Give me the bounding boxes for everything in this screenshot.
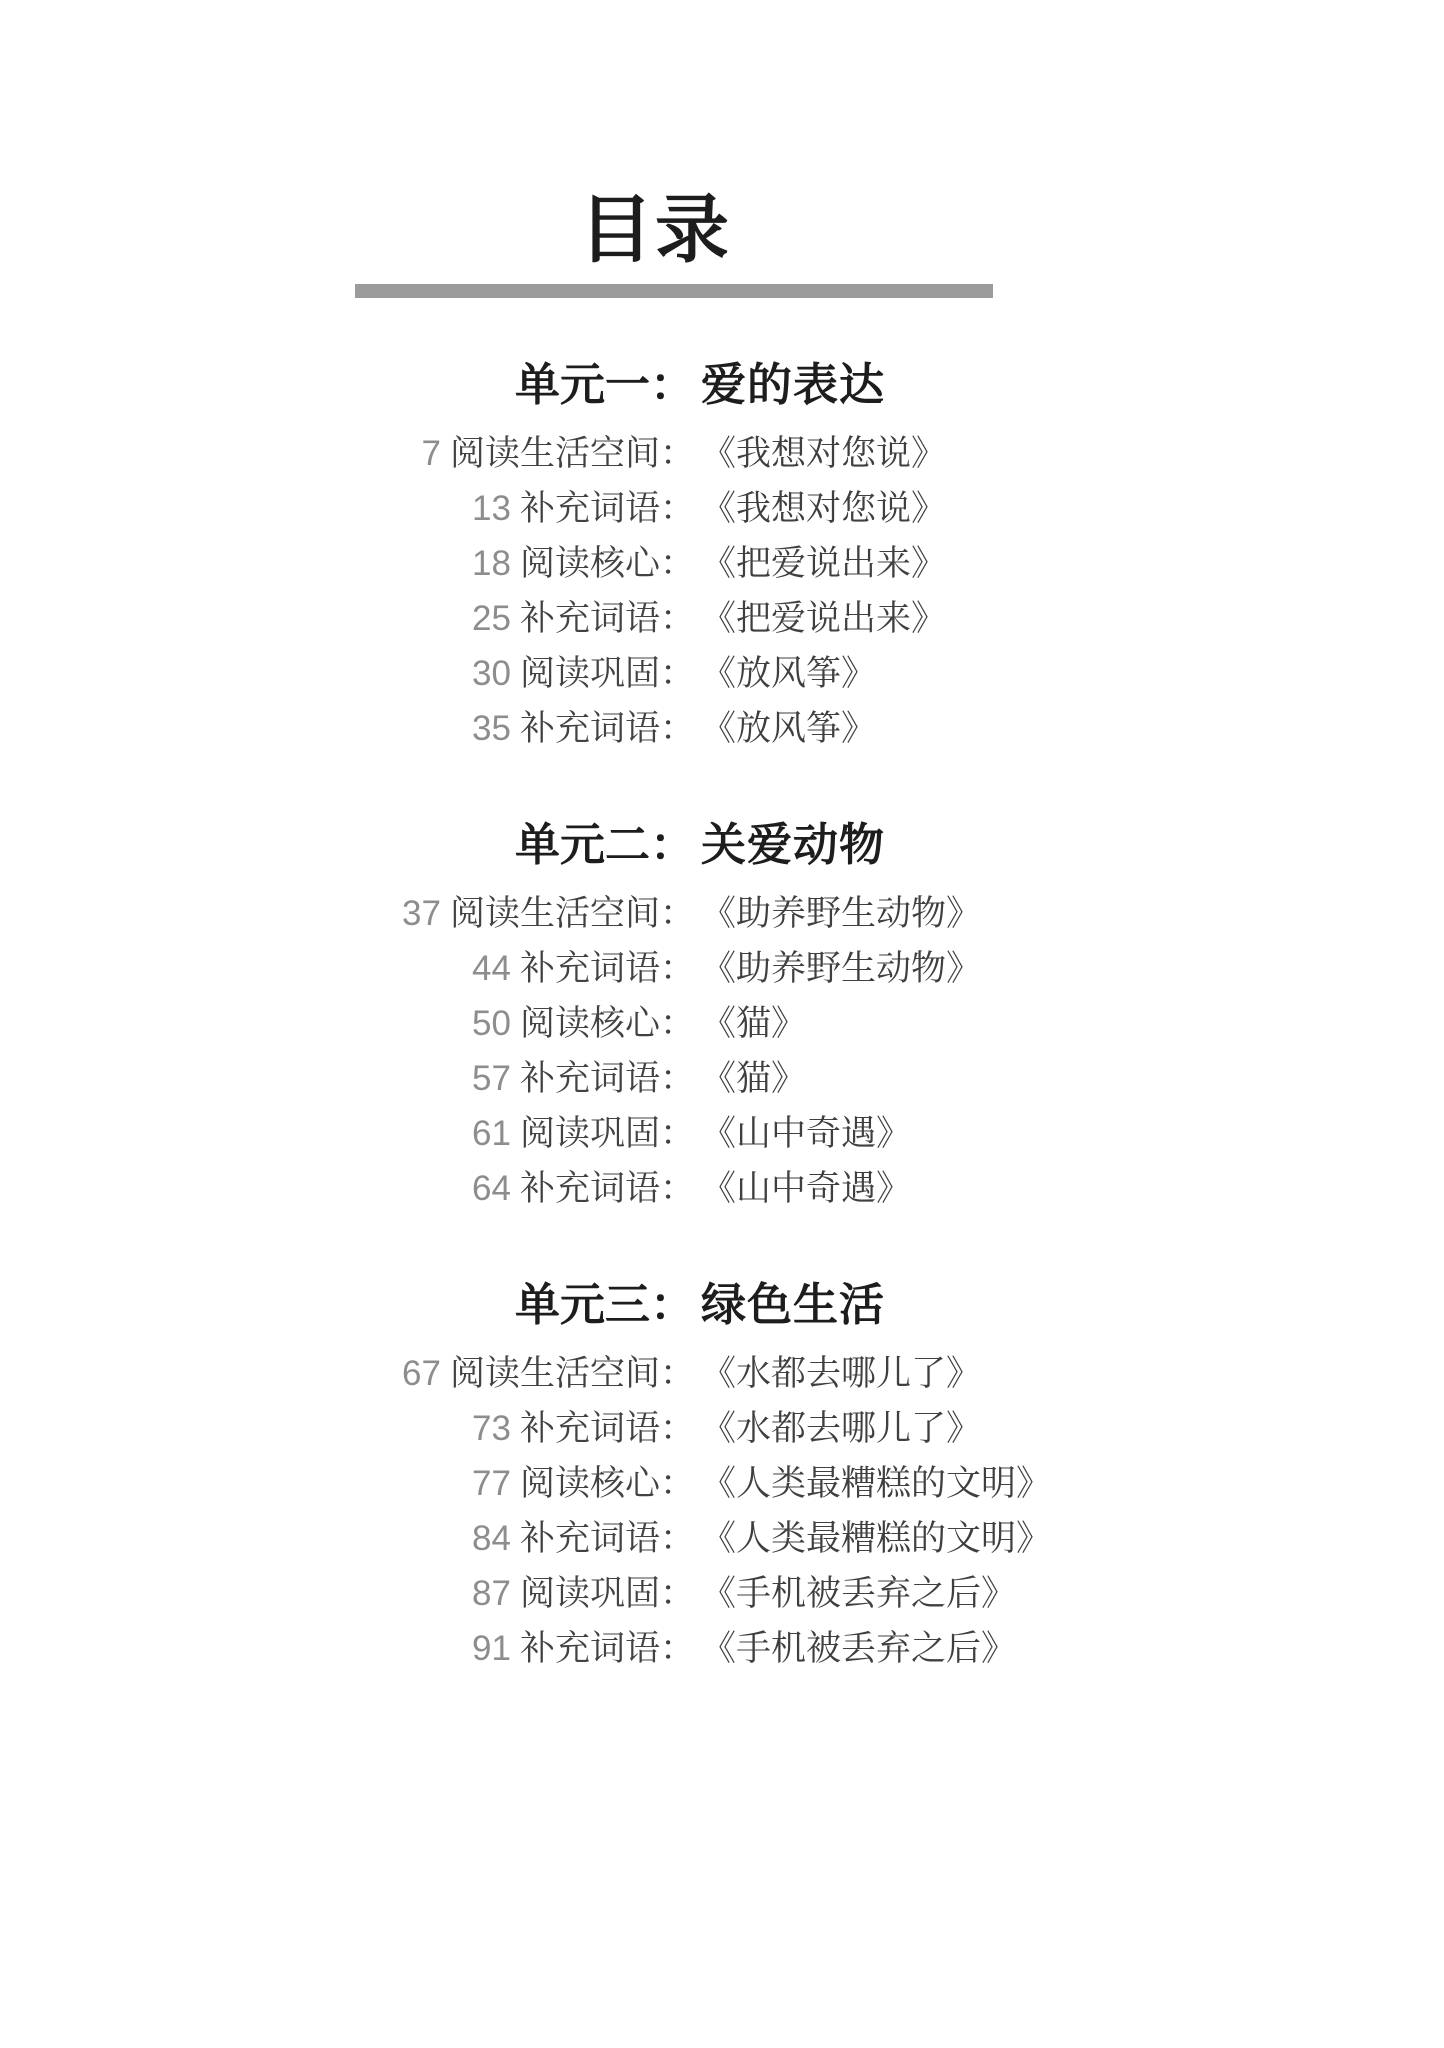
entry-label: 补充词语： bbox=[520, 1519, 695, 1558]
unit-heading-title: 关爱动物 bbox=[695, 816, 993, 874]
title-underline-bar bbox=[355, 284, 993, 298]
entry-page-number: 37 bbox=[402, 894, 441, 933]
entry-title: 《我想对您说》 bbox=[695, 426, 993, 481]
entry-page-number: 18 bbox=[472, 544, 511, 583]
toc-entry-left: 13补充词语： bbox=[355, 481, 695, 536]
toc-entry-left: 77阅读核心： bbox=[355, 1456, 695, 1511]
toc-page: 目录 单元一：爱的表达7阅读生活空间：《我想对您说》13补充词语：《我想对您说》… bbox=[355, 0, 993, 1676]
unit-heading-title: 绿色生活 bbox=[695, 1276, 993, 1334]
unit-heading: 单元二：关爱动物 bbox=[355, 816, 993, 874]
entry-label: 阅读核心： bbox=[520, 1464, 695, 1503]
entry-page-number: 77 bbox=[472, 1464, 511, 1503]
toc-entry: 57补充词语：《猫》 bbox=[355, 1051, 993, 1106]
unit-section: 单元三：绿色生活67阅读生活空间：《水都去哪儿了》73补充词语：《水都去哪儿了》… bbox=[355, 1276, 993, 1676]
toc-entry-left: 91补充词语： bbox=[355, 1621, 695, 1676]
entry-title: 《手机被丢弃之后》 bbox=[695, 1566, 1016, 1621]
toc-entry-left: 57补充词语： bbox=[355, 1051, 695, 1106]
toc-entry-left: 44补充词语： bbox=[355, 941, 695, 996]
entry-page-number: 57 bbox=[472, 1059, 511, 1098]
entry-page-number: 73 bbox=[472, 1409, 511, 1448]
toc-entry-left: 50阅读核心： bbox=[355, 996, 695, 1051]
entry-page-number: 25 bbox=[472, 599, 511, 638]
entry-page-number: 50 bbox=[472, 1004, 511, 1043]
toc-entry: 77阅读核心：《人类最糟糕的文明》 bbox=[355, 1456, 993, 1511]
entry-title: 《水都去哪儿了》 bbox=[695, 1346, 993, 1401]
entry-page-number: 64 bbox=[472, 1169, 511, 1208]
toc-entry: 35补充词语：《放风筝》 bbox=[355, 701, 993, 756]
entry-label: 阅读生活空间： bbox=[450, 434, 695, 473]
entry-page-number: 61 bbox=[472, 1114, 511, 1153]
entry-label: 阅读巩固： bbox=[520, 654, 695, 693]
toc-entry: 61阅读巩固：《山中奇遇》 bbox=[355, 1106, 993, 1161]
toc-entry: 91补充词语：《手机被丢弃之后》 bbox=[355, 1621, 993, 1676]
toc-entry-left: 18阅读核心： bbox=[355, 536, 695, 591]
unit-heading-label: 单元一： bbox=[355, 356, 695, 414]
entry-page-number: 35 bbox=[472, 709, 511, 748]
entry-page-number: 67 bbox=[402, 1354, 441, 1393]
entry-title: 《放风筝》 bbox=[695, 646, 993, 701]
unit-section: 单元二：关爱动物37阅读生活空间：《助养野生动物》44补充词语：《助养野生动物》… bbox=[355, 816, 993, 1216]
entry-title: 《水都去哪儿了》 bbox=[695, 1401, 993, 1456]
entry-title: 《山中奇遇》 bbox=[695, 1106, 993, 1161]
entry-title: 《放风筝》 bbox=[695, 701, 993, 756]
entry-page-number: 44 bbox=[472, 949, 511, 988]
entry-page-number: 84 bbox=[472, 1519, 511, 1558]
entry-title: 《手机被丢弃之后》 bbox=[695, 1621, 1016, 1676]
entry-label: 补充词语： bbox=[520, 1059, 695, 1098]
entry-page-number: 13 bbox=[472, 489, 511, 528]
entry-label: 阅读巩固： bbox=[520, 1574, 695, 1613]
toc-entry: 67阅读生活空间：《水都去哪儿了》 bbox=[355, 1346, 993, 1401]
toc-entry-left: 87阅读巩固： bbox=[355, 1566, 695, 1621]
toc-sections: 单元一：爱的表达7阅读生活空间：《我想对您说》13补充词语：《我想对您说》18阅… bbox=[355, 356, 993, 1676]
toc-entry-left: 84补充词语： bbox=[355, 1511, 695, 1566]
toc-entry-left: 67阅读生活空间： bbox=[355, 1346, 695, 1401]
unit-section: 单元一：爱的表达7阅读生活空间：《我想对您说》13补充词语：《我想对您说》18阅… bbox=[355, 356, 993, 756]
entry-title: 《助养野生动物》 bbox=[695, 886, 993, 941]
toc-entry-left: 7阅读生活空间： bbox=[355, 426, 695, 481]
toc-entry-left: 64补充词语： bbox=[355, 1161, 695, 1216]
unit-heading-title: 爱的表达 bbox=[695, 356, 993, 414]
toc-entry: 18阅读核心：《把爱说出来》 bbox=[355, 536, 993, 591]
entry-label: 补充词语： bbox=[520, 1409, 695, 1448]
entry-title: 《我想对您说》 bbox=[695, 481, 993, 536]
toc-entry-left: 61阅读巩固： bbox=[355, 1106, 695, 1161]
toc-entry: 7阅读生活空间：《我想对您说》 bbox=[355, 426, 993, 481]
toc-entry: 50阅读核心：《猫》 bbox=[355, 996, 993, 1051]
entry-title: 《猫》 bbox=[695, 996, 993, 1051]
entry-title: 《把爱说出来》 bbox=[695, 591, 993, 646]
toc-entry-left: 25补充词语： bbox=[355, 591, 695, 646]
unit-heading: 单元三：绿色生活 bbox=[355, 1276, 993, 1334]
entry-page-number: 87 bbox=[472, 1574, 511, 1613]
toc-entry: 87阅读巩固：《手机被丢弃之后》 bbox=[355, 1566, 993, 1621]
entry-title: 《把爱说出来》 bbox=[695, 536, 993, 591]
entry-page-number: 7 bbox=[422, 434, 441, 473]
entry-label: 阅读生活空间： bbox=[450, 1354, 695, 1393]
toc-entry: 25补充词语：《把爱说出来》 bbox=[355, 591, 993, 646]
toc-entry: 44补充词语：《助养野生动物》 bbox=[355, 941, 993, 996]
entry-title: 《人类最糟糕的文明》 bbox=[695, 1511, 1051, 1566]
toc-entry: 13补充词语：《我想对您说》 bbox=[355, 481, 993, 536]
entry-label: 阅读巩固： bbox=[520, 1114, 695, 1153]
toc-entry: 84补充词语：《人类最糟糕的文明》 bbox=[355, 1511, 993, 1566]
entry-title: 《猫》 bbox=[695, 1051, 993, 1106]
toc-entry: 64补充词语：《山中奇遇》 bbox=[355, 1161, 993, 1216]
entry-title: 《助养野生动物》 bbox=[695, 941, 993, 996]
unit-heading-label: 单元二： bbox=[355, 816, 695, 874]
entry-label: 补充词语： bbox=[520, 709, 695, 748]
entry-title: 《人类最糟糕的文明》 bbox=[695, 1456, 1051, 1511]
toc-entry: 30阅读巩固：《放风筝》 bbox=[355, 646, 993, 701]
toc-entry-left: 73补充词语： bbox=[355, 1401, 695, 1456]
entry-label: 补充词语： bbox=[520, 1629, 695, 1668]
entry-label: 补充词语： bbox=[520, 599, 695, 638]
unit-heading: 单元一：爱的表达 bbox=[355, 356, 993, 414]
entry-title: 《山中奇遇》 bbox=[695, 1161, 993, 1216]
entry-page-number: 30 bbox=[472, 654, 511, 693]
entry-page-number: 91 bbox=[472, 1629, 511, 1668]
toc-entry-left: 37阅读生活空间： bbox=[355, 886, 695, 941]
toc-entry-left: 30阅读巩固： bbox=[355, 646, 695, 701]
entry-label: 阅读核心： bbox=[520, 1004, 695, 1043]
entry-label: 补充词语： bbox=[520, 1169, 695, 1208]
page-title: 目录 bbox=[336, 192, 974, 268]
entry-label: 阅读生活空间： bbox=[450, 894, 695, 933]
entry-label: 补充词语： bbox=[520, 949, 695, 988]
entry-label: 补充词语： bbox=[520, 489, 695, 528]
unit-heading-label: 单元三： bbox=[355, 1276, 695, 1334]
toc-entry: 73补充词语：《水都去哪儿了》 bbox=[355, 1401, 993, 1456]
entry-label: 阅读核心： bbox=[520, 544, 695, 583]
toc-entry-left: 35补充词语： bbox=[355, 701, 695, 756]
toc-entry: 37阅读生活空间：《助养野生动物》 bbox=[355, 886, 993, 941]
